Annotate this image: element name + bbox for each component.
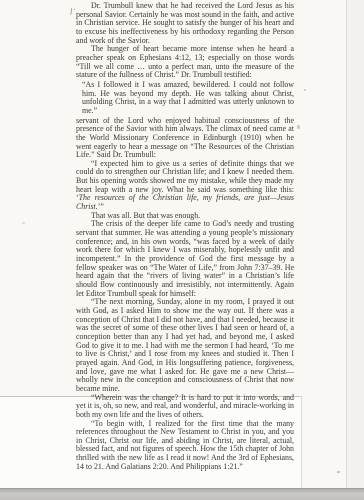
page-text: Dr. Trumbull knew that he had received t… xyxy=(76,2,294,471)
paragraph-continuation: servant of the Lord who enjoyed habitual… xyxy=(76,117,294,160)
paragraph: “To begin with, I realized for the first… xyxy=(76,420,294,472)
block-quote: “As I followed it I was amazed, bewilder… xyxy=(82,81,294,116)
paragraph: “Wherein was the change? It is hard to p… xyxy=(76,394,294,420)
paragraph: The hunger of heart became more intense … xyxy=(76,45,294,80)
paragraph: “I expected him to give us a series of d… xyxy=(76,160,294,212)
italic-quote: The resources of the Christian life, my … xyxy=(76,193,294,211)
book-page-scan: Dr. Trumbull knew that he had received t… xyxy=(0,0,364,500)
paragraph: Dr. Trumbull knew that he had received t… xyxy=(76,2,294,45)
paragraph: The crisis of the deeper life came to Go… xyxy=(76,220,294,298)
dust-speck xyxy=(304,89,306,91)
dust-speck xyxy=(297,125,300,129)
paragraph: “The next morning, Sunday, alone in my r… xyxy=(76,298,294,393)
scanner-bed xyxy=(0,488,364,500)
page-edge-shadow xyxy=(346,0,364,489)
dust-speck xyxy=(337,471,340,473)
dust-speck xyxy=(22,222,25,224)
paragraph-text: ’” xyxy=(98,202,104,211)
